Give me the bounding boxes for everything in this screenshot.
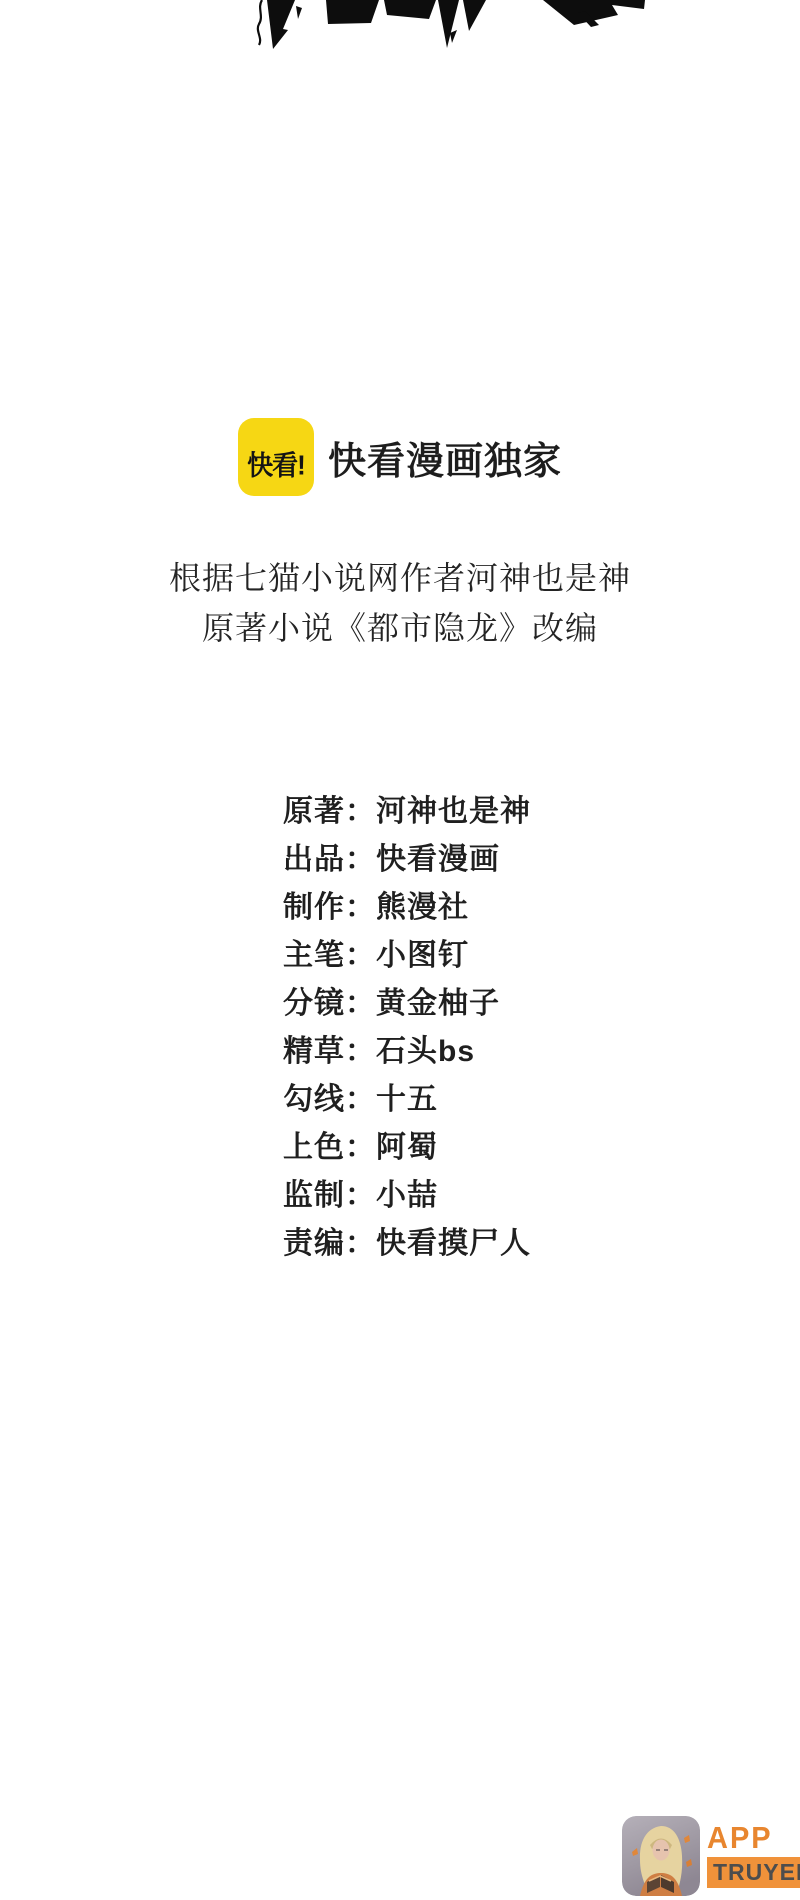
credit-row-coloring: 上色：阿蜀 xyxy=(283,1124,531,1172)
publisher-title: 快看漫画独家 xyxy=(328,430,562,485)
credit-label: 主笔： xyxy=(283,939,376,972)
credit-label: 上色： xyxy=(283,1131,376,1164)
credit-value: 小图钉 xyxy=(376,939,469,972)
credit-row-storyboard: 分镜：黄金柚子 xyxy=(283,980,531,1028)
credit-value: 黄金柚子 xyxy=(376,987,500,1020)
kuaikan-logo-icon: 快看! xyxy=(238,418,314,496)
torn-title-artwork xyxy=(0,0,800,60)
kuaikan-logo-text: 快看! xyxy=(247,444,305,483)
credit-row-studio: 制作：熊漫社 xyxy=(283,884,531,932)
credit-row-lead-artist: 主笔：小图钉 xyxy=(283,932,531,980)
watermark-labels: APP TRUYEN xyxy=(707,1816,800,1888)
watermark-app-label: APP xyxy=(707,1824,773,1853)
publisher-row: 快看! 快看漫画独家 xyxy=(0,418,800,496)
credit-label: 制作： xyxy=(283,891,376,924)
adaptation-notice: 根据七猫小说网作者河神也是神 原著小说《都市隐龙》改编 xyxy=(0,553,800,653)
credit-label: 责编： xyxy=(283,1227,376,1260)
credit-row-producer: 出品：快看漫画 xyxy=(283,836,531,884)
credit-value: 石头bs xyxy=(376,1035,475,1068)
comic-credits-page: 快看! 快看漫画独家 根据七猫小说网作者河神也是神 原著小说《都市隐龙》改编 原… xyxy=(0,0,800,1900)
credit-value: 熊漫社 xyxy=(376,891,469,924)
credit-row-supervisor: 监制：小喆 xyxy=(283,1172,531,1220)
adaptation-line-1: 根据七猫小说网作者河神也是神 xyxy=(0,553,800,603)
credit-value: 河神也是神 xyxy=(376,795,531,828)
credit-value: 快看摸尸人 xyxy=(376,1227,531,1260)
credit-value: 阿蜀 xyxy=(376,1131,438,1164)
reader-avatar xyxy=(622,1816,700,1896)
credit-row-editor: 责编：快看摸尸人 xyxy=(283,1220,531,1268)
credit-label: 精草： xyxy=(283,1035,376,1068)
credit-row-original-author: 原著：河神也是神 xyxy=(283,788,531,836)
credit-row-lineart: 勾线：十五 xyxy=(283,1076,531,1124)
credit-value: 小喆 xyxy=(376,1179,438,1212)
app-truyen-watermark: APP TRUYEN xyxy=(622,1816,800,1896)
credit-value: 快看漫画 xyxy=(376,843,500,876)
credit-label: 监制： xyxy=(283,1179,376,1212)
adaptation-line-2: 原著小说《都市隐龙》改编 xyxy=(0,603,800,653)
credit-label: 分镜： xyxy=(283,987,376,1020)
credit-label: 原著： xyxy=(283,795,376,828)
credit-label: 勾线： xyxy=(283,1083,376,1116)
credit-value: 十五 xyxy=(376,1083,438,1116)
credit-label: 出品： xyxy=(283,843,376,876)
credits-list: 原著：河神也是神 出品：快看漫画 制作：熊漫社 主笔：小图钉 分镜：黄金柚子 精… xyxy=(283,788,531,1268)
watermark-truyen-badge: TRUYEN xyxy=(707,1857,800,1888)
credit-row-rough-draft: 精草：石头bs xyxy=(283,1028,531,1076)
